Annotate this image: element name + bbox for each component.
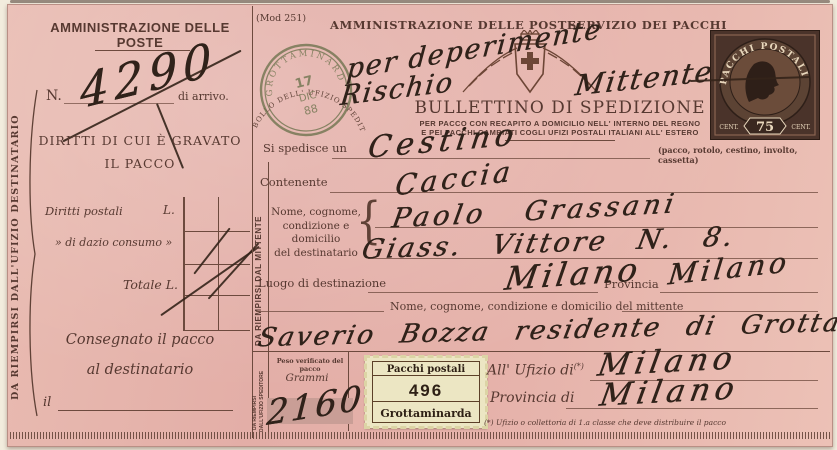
- province-line: [660, 292, 818, 293]
- postal-form-scan: AMMINISTRAZIONE DELLE POSTE N. di arrivo…: [0, 0, 837, 450]
- delivery-date-label: il: [43, 395, 51, 410]
- delivered-line1: Consegnato il pacco: [40, 332, 240, 348]
- stamp-cent-left: CENT.: [719, 124, 738, 131]
- stamp-cent-right: CENT.: [791, 124, 810, 131]
- office-strip-note-2: DALL'UFIZIO SPEDITORE: [259, 356, 266, 432]
- mod-label: (Mod 251): [256, 13, 306, 24]
- destination-label: Luogo di destinazione: [258, 276, 386, 290]
- province-of-label: Provincia di: [490, 390, 575, 406]
- tag-service-label: Pacchi postali: [373, 362, 479, 376]
- addressee-label-line2: condizione e domicilio: [270, 220, 362, 247]
- to-office-ref: (*): [574, 362, 584, 371]
- dispatch-note: (pacco, rotolo, cestino, involto, casset…: [658, 145, 837, 165]
- fee-grid-row1: [183, 231, 250, 232]
- sender-line-left: [256, 311, 384, 312]
- to-office-label: All' Ufizio di(*): [487, 362, 584, 379]
- scan-edge-shadow: [10, 0, 830, 3]
- postage-stamp: PACCHI POSTALI 75 CENT. CENT.: [710, 30, 820, 140]
- subtitle-underline: [505, 140, 615, 141]
- to-office-label-text: All' Ufizio di: [487, 363, 574, 379]
- left-brace: [24, 88, 40, 418]
- postmark-day: 17: [294, 73, 315, 92]
- sender-strip-divider: [268, 162, 269, 432]
- fee-grid-bottom: [183, 330, 250, 331]
- charges-title-line2: IL PACCO: [35, 156, 245, 171]
- addressee-label-line3: del destinatario: [270, 247, 362, 261]
- fee-grid-row3: [183, 295, 250, 296]
- postal-fees-currency: L.: [163, 203, 175, 217]
- bottom-perforation-strip: [10, 432, 830, 439]
- total-label: Totale L.: [123, 277, 178, 292]
- stamp-value: 75: [756, 120, 774, 135]
- sender-strip-vertical-note: DA RIEMPIRSI DAL MITTENTE: [254, 168, 266, 346]
- charges-title-line1: DIRITTI DI CUI È GRAVATO: [35, 133, 245, 148]
- number-label: N.: [46, 88, 62, 104]
- addressee-label: Nome, cognome, condizione e domicilio de…: [270, 206, 362, 260]
- footnote: (*) Ufizio o collettoria di 1.a classe c…: [484, 418, 726, 427]
- weight-label: Peso verificato del pacco: [272, 357, 348, 373]
- handwritten-office-province: Milano: [597, 370, 742, 414]
- tag-office-name: Grottaminarda: [373, 407, 479, 422]
- delivered-line2: al destinatario: [40, 362, 240, 378]
- office-strip-note-1: DA RIEMPIRSI: [252, 358, 259, 430]
- duty-label: » di dazio consumo »: [55, 236, 172, 249]
- postal-fees-label: Diritti postali: [45, 204, 123, 218]
- delivery-date-line: [58, 410, 233, 411]
- dispatch-label: Si spedisce un: [263, 141, 347, 155]
- tag-number: 496: [373, 381, 479, 402]
- left-vertical-note: DA RIEMPIRSI DALL'UFIZIO DESTINATARIO: [10, 85, 24, 400]
- addressee-label-line1: Nome, cognome,: [270, 206, 362, 220]
- content-label: Contenente: [260, 175, 328, 189]
- parcel-tag-frame: Pacchi postali 496 Grottaminarda: [372, 361, 480, 423]
- postmark-year: 88: [303, 102, 320, 118]
- parcel-number-tag: Pacchi postali 496 Grottaminarda: [365, 356, 487, 428]
